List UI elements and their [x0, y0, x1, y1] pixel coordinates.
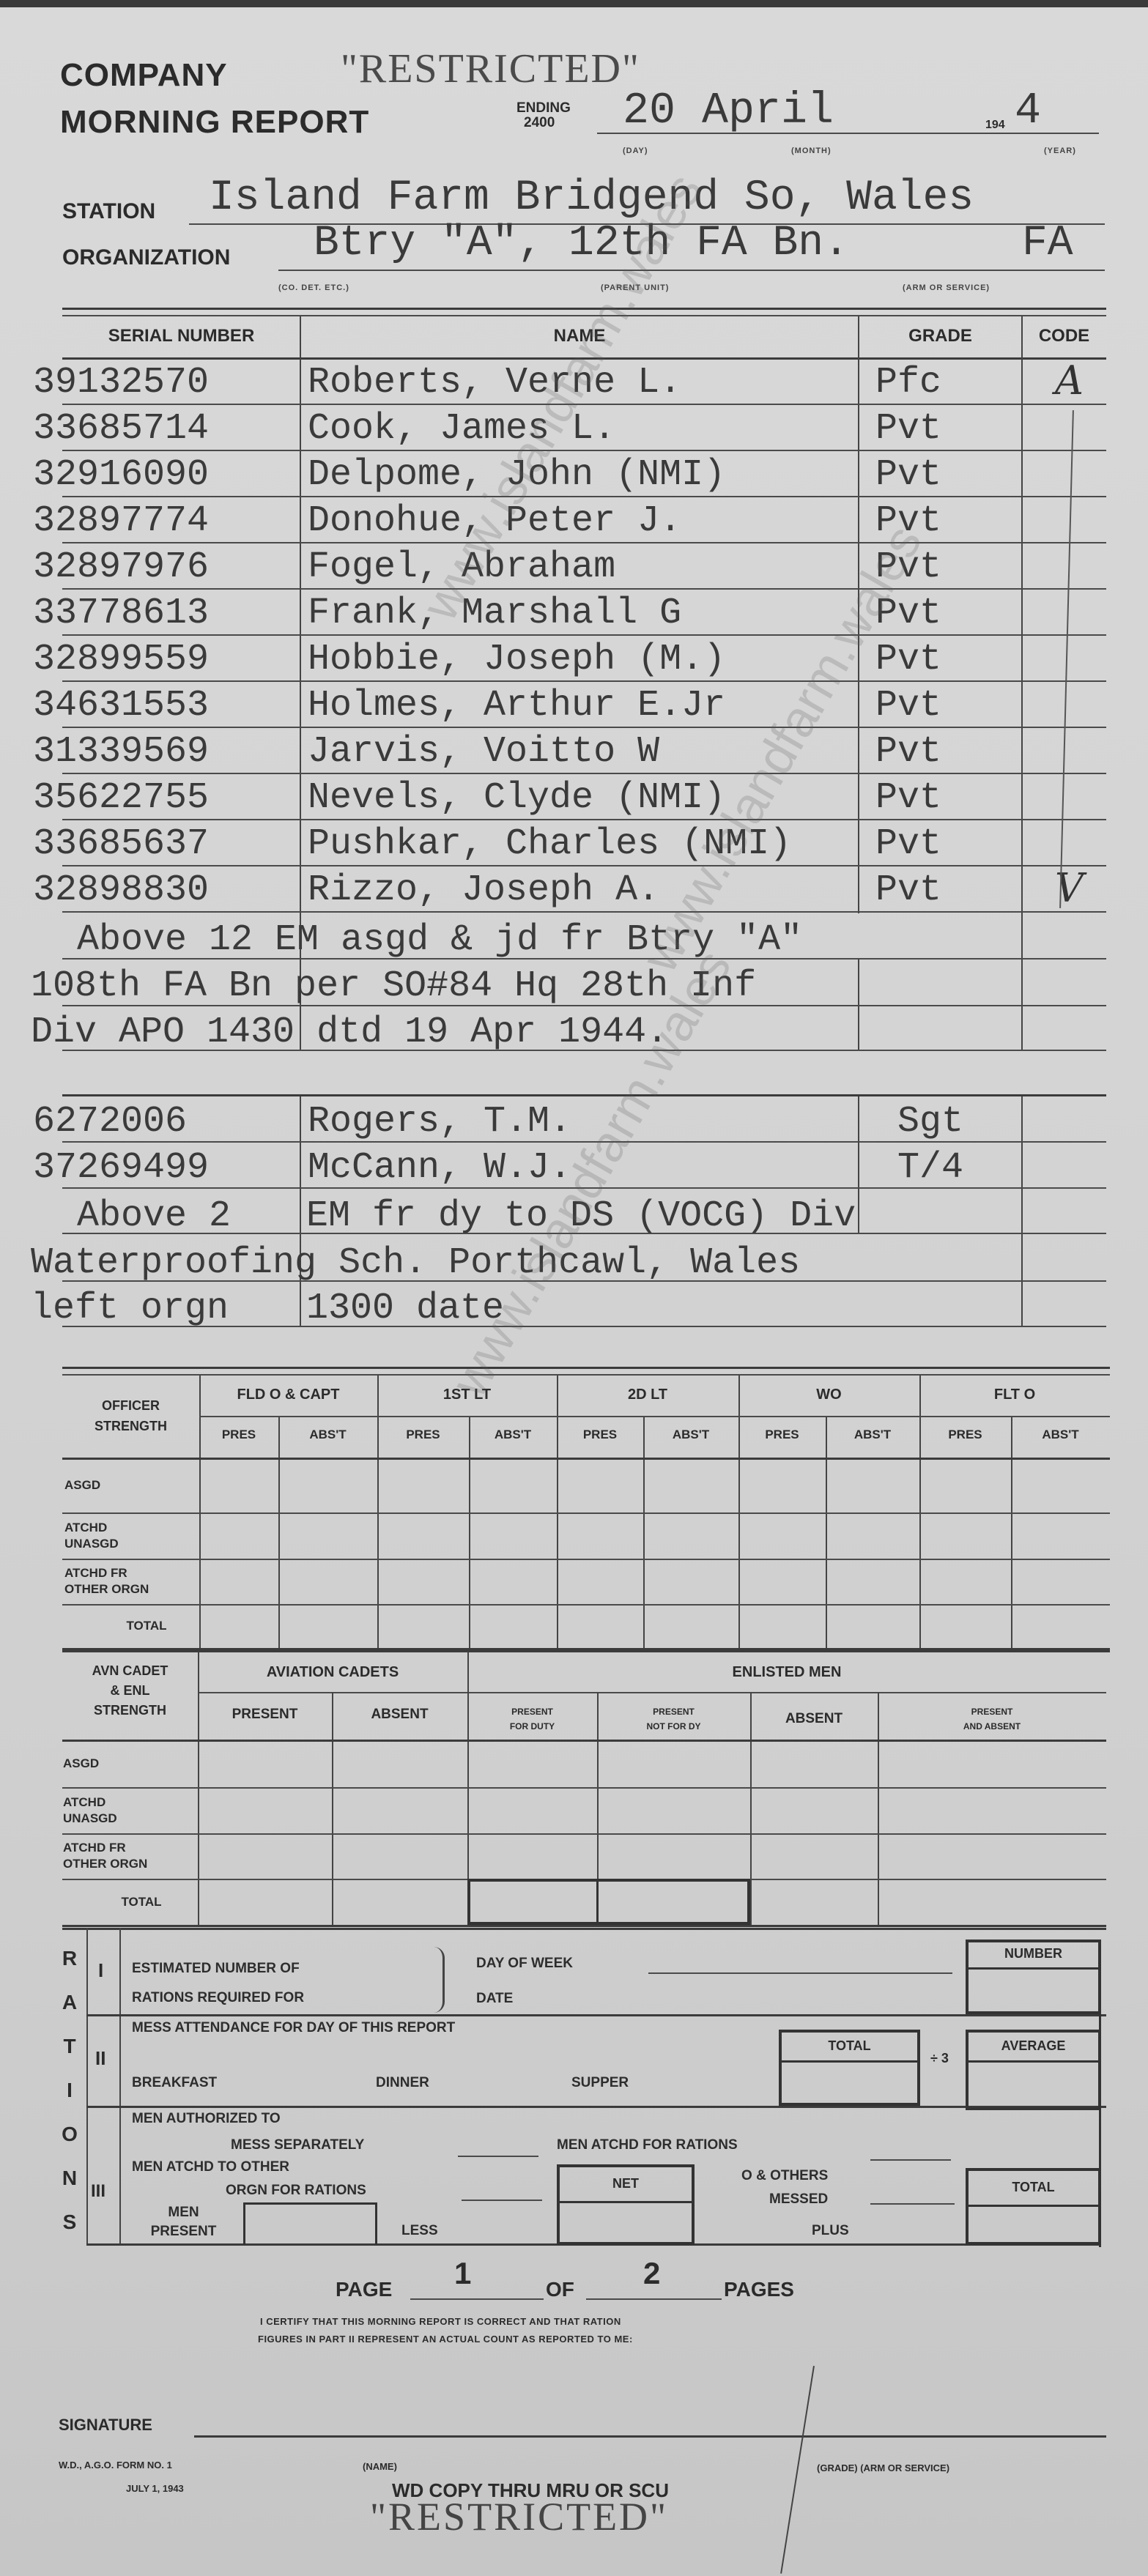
em-col-header-line: AND ABSENT: [878, 1719, 1106, 1734]
men-present-2: PRESENT: [123, 2222, 244, 2241]
rations-side-letter: S: [55, 2211, 84, 2234]
header-split-rule: [198, 1692, 1106, 1693]
grade: Pvt: [875, 500, 941, 542]
officer-count-cell[interactable]: [741, 1460, 823, 1510]
header-grade: GRADE: [859, 326, 1022, 346]
enlisted-count-cell[interactable]: [470, 1836, 595, 1877]
officer-count-cell[interactable]: [645, 1606, 736, 1646]
em-col-header-line: NOT FOR DY: [597, 1719, 750, 1734]
row-label-line: OTHER ORGN: [63, 1856, 198, 1872]
header-name: NAME: [300, 326, 859, 346]
mess-total-label: TOTAL: [782, 2033, 917, 2063]
enlisted-row-label: ATCHD FROTHER ORGN: [63, 1833, 198, 1879]
cadet-col-header: PRESENT: [198, 1707, 332, 1723]
corner-line-2: STRENGTH: [62, 1416, 199, 1436]
enlisted-count-cell[interactable]: [334, 1789, 465, 1831]
form-title-morning-report: MORNING REPORT: [60, 104, 369, 141]
station-label: STATION: [62, 199, 155, 224]
enlisted-count-cell[interactable]: [200, 1836, 330, 1877]
serial-number: 32898830: [33, 869, 209, 911]
row-label-line: UNASGD: [63, 1811, 198, 1827]
sub-label-arm-service: (ARM OR SERVICE): [903, 283, 990, 292]
certify-line-1: I CERTIFY THAT THIS MORNING REPORT IS CO…: [260, 2316, 621, 2327]
enlisted-men-header: ENLISTED MEN: [467, 1664, 1106, 1681]
pages-label: PAGES: [724, 2278, 794, 2301]
year-prefix: 194: [985, 119, 1005, 132]
col-divider-grade: [1021, 316, 1023, 913]
officer-group-header: WO: [738, 1387, 919, 1403]
name-caption: (NAME): [363, 2461, 397, 2472]
form-title-company: COMPANY: [60, 57, 228, 94]
report-date[interactable]: 20 April: [623, 86, 834, 136]
officer-count-cell[interactable]: [741, 1606, 823, 1646]
day-of-week-label: DAY OF WEEK: [476, 1956, 573, 1972]
part2-roman: II: [95, 2047, 105, 2070]
soldier-name: McCann, W.J.: [308, 1147, 571, 1189]
officer-count-cell[interactable]: [201, 1606, 276, 1646]
officer-count-cell[interactable]: [828, 1515, 917, 1556]
col-divider: [469, 1416, 470, 1648]
officer-sub-pres: PRES: [557, 1428, 643, 1442]
officer-sub-pres: PRES: [377, 1428, 469, 1442]
serial-number: 33778613: [33, 593, 209, 634]
em-col-header-line: ABSENT: [750, 1712, 878, 1726]
row-rule: [62, 1925, 1106, 1927]
officer-count-cell[interactable]: [281, 1606, 375, 1646]
row-rule: [62, 450, 1106, 451]
note2-line-1-right: EM fr dy to DS (VOCG) Div: [306, 1195, 856, 1237]
officer-count-cell[interactable]: [922, 1515, 1009, 1556]
enlisted-count-cell[interactable]: [880, 1742, 1104, 1785]
officer-sub-abst: ABS'T: [278, 1428, 377, 1442]
col-divider-name-notes: [858, 958, 859, 1050]
officer-group-header: 1ST LT: [377, 1387, 557, 1403]
rations-letter-divider: [86, 1928, 88, 2245]
row-label-line: OTHER ORGN: [64, 1581, 199, 1597]
corner-line-1: AVN CADET: [62, 1661, 198, 1681]
men-atchd-rations-label: MEN ATCHD FOR RATIONS: [557, 2137, 738, 2153]
row-rule: [62, 496, 1106, 497]
page-total[interactable]: 2: [643, 2256, 660, 2291]
col-divider: [878, 1692, 879, 1925]
corner-line-1: OFFICER: [62, 1395, 199, 1416]
restricted-stamp-bottom: "RESTRICTED": [370, 2494, 668, 2539]
table-top-rule-2: [62, 315, 1106, 316]
divide-by-three: ÷ 3: [930, 2051, 949, 2066]
officer-count-cell[interactable]: [645, 1460, 736, 1510]
rations-side-letter: O: [55, 2123, 84, 2146]
row-label-line: TOTAL: [126, 1618, 166, 1634]
enlisted-count-cell[interactable]: [599, 1789, 748, 1831]
enlisted-count-cell[interactable]: [752, 1881, 875, 1923]
col-divider-serial: [300, 316, 301, 913]
part1-label-2: RATIONS REQUIRED FOR: [132, 1983, 304, 2013]
officer-count-cell[interactable]: [645, 1561, 736, 1602]
officer-group-header: FLT O: [919, 1387, 1110, 1403]
note2-line-3-right: 1300 date: [306, 1288, 504, 1329]
enlisted-count-cell[interactable]: [752, 1789, 875, 1831]
row-rule: [62, 773, 1106, 774]
row-rule: [62, 1187, 1106, 1189]
serial-number: 33685637: [33, 823, 209, 865]
serial-number: 35622755: [33, 777, 209, 819]
corner-line-2: & ENL: [62, 1681, 198, 1701]
col-divider: [278, 1416, 280, 1648]
officer-count-cell[interactable]: [559, 1515, 641, 1556]
number-box-label: NUMBER: [969, 1942, 1098, 1970]
soldier-name: Nevels, Clyde (NMI): [308, 777, 725, 819]
others-messed-1: O & OTHERS: [725, 2164, 828, 2188]
mess-separately-field[interactable]: [458, 2156, 538, 2157]
row-rule: [62, 542, 1106, 543]
average-label: AVERAGE: [969, 2033, 1098, 2063]
page-label: PAGE: [336, 2278, 392, 2301]
officer-count-cell[interactable]: [471, 1460, 555, 1510]
row-label-line: ATCHD FR: [64, 1565, 199, 1581]
part3-total-label: TOTAL: [969, 2171, 1098, 2207]
em-col-header: PRESENTFOR DUTY: [467, 1698, 597, 1740]
day-of-week-field[interactable]: [648, 1972, 952, 1974]
row-rule: [62, 1604, 1110, 1606]
note2-line-3-left: left orgn: [31, 1288, 229, 1329]
scan-top-border: [0, 0, 1148, 7]
serial-number: 32897774: [33, 500, 209, 542]
men-present-box[interactable]: [243, 2202, 377, 2245]
col-divider: [596, 1879, 599, 1925]
ending-label-1: ENDING: [516, 101, 571, 116]
men-atchd-rations-field[interactable]: [870, 2159, 951, 2161]
officer-sub-abst: ABS'T: [643, 1428, 738, 1442]
officer-count-cell[interactable]: [559, 1561, 641, 1602]
part1-label-1: ESTIMATED NUMBER OF: [132, 1954, 304, 1983]
enlisted-count-cell[interactable]: [752, 1742, 875, 1785]
row-rule: [62, 911, 1106, 913]
mess-attendance-title: MESS ATTENDANCE FOR DAY OF THIS REPORT: [132, 2020, 455, 2036]
men-authorized-2: MESS SEPARATELY: [231, 2137, 364, 2153]
rations-side-letter: R: [55, 1947, 84, 1970]
grade: Pvt: [875, 408, 941, 450]
serial-number: 34631553: [33, 685, 209, 727]
ending-label-2: 2400: [516, 116, 571, 130]
officer-top-rule-2: [62, 1374, 1110, 1376]
enlisted-count-cell[interactable]: [752, 1836, 875, 1877]
rations-top-rule: [62, 1928, 1106, 1930]
rations-roman-divider: [119, 1928, 121, 2245]
grade: Sgt: [897, 1101, 963, 1143]
officer-sub-pres: PRES: [199, 1428, 278, 1442]
officer-row-label: ATCHDUNASGD: [64, 1512, 199, 1559]
serial-number: 39132570: [33, 362, 209, 404]
part2-bottom-rule: [86, 2106, 1106, 2108]
officer-count-cell[interactable]: [471, 1515, 555, 1556]
col-divider: [750, 1692, 752, 1925]
officer-count-cell[interactable]: [559, 1460, 641, 1510]
enlisted-count-cell[interactable]: [470, 1881, 595, 1923]
officer-count-cell[interactable]: [828, 1606, 917, 1646]
col-divider: [332, 1692, 333, 1925]
soldier-name: Rizzo, Joseph A.: [308, 869, 659, 911]
officer-count-cell[interactable]: [379, 1460, 467, 1510]
soldier-name: Delpome, John (NMI): [308, 454, 725, 496]
table-top-rule: [62, 308, 1106, 310]
rations-side-letter: I: [55, 2079, 84, 2102]
enlisted-count-cell[interactable]: [470, 1742, 595, 1785]
others-messed-label: O & OTHERS MESSED: [725, 2164, 828, 2211]
sub-label-year: (YEAR): [1044, 146, 1076, 155]
enlisted-count-cell[interactable]: [880, 1789, 1104, 1831]
officer-count-cell[interactable]: [741, 1561, 823, 1602]
part1-brace: [434, 1947, 445, 2013]
men-authorized-1: MEN AUTHORIZED TO: [132, 2111, 281, 2127]
enlisted-top-rule: [62, 1650, 1110, 1652]
note1-line-2: 108th FA Bn per SO#84 Hq 28th Inf: [31, 965, 756, 1007]
enlisted-row-label: ATCHDUNASGD: [63, 1787, 198, 1833]
officer-count-cell[interactable]: [201, 1460, 276, 1510]
officer-count-cell[interactable]: [922, 1606, 1009, 1646]
grade: Pvt: [875, 454, 941, 496]
note1-line-3: Div APO 1430 dtd 19 Apr 1944.: [31, 1012, 668, 1053]
signature-line[interactable]: [194, 2435, 1106, 2438]
enlisted-count-cell[interactable]: [200, 1789, 330, 1831]
col-divider-name-2: [858, 1096, 859, 1233]
grade: Pvt: [875, 869, 941, 911]
row-label-line: ASGD: [64, 1477, 199, 1493]
enlisted-count-cell[interactable]: [880, 1836, 1104, 1877]
grade: Pvt: [875, 685, 941, 727]
of-label: OF: [546, 2278, 574, 2301]
less-label: LESS: [401, 2223, 438, 2239]
men-present-label: MEN PRESENT: [123, 2203, 244, 2241]
row-label-line: ATCHD: [64, 1520, 199, 1536]
soldier-name: Roberts, Verne L.: [308, 362, 681, 404]
morning-report-page: COMPANY MORNING REPORT "RESTRICTED" ENDI…: [0, 0, 1148, 2576]
officer-group-header: 2D LT: [557, 1387, 738, 1403]
officer-count-cell[interactable]: [281, 1561, 375, 1602]
row-rule: [62, 1833, 1106, 1835]
officer-count-cell[interactable]: [1013, 1606, 1108, 1646]
form-number: W.D., A.G.O. FORM NO. 1: [59, 2460, 172, 2471]
code-bracket-stroke: [1059, 410, 1074, 908]
enlisted-count-cell[interactable]: [200, 1742, 330, 1785]
officer-count-cell[interactable]: [922, 1460, 1009, 1510]
plus-label: PLUS: [812, 2223, 849, 2239]
serial-number: 33685714: [33, 408, 209, 450]
row-label-line: TOTAL: [121, 1894, 161, 1910]
serial-number: 37269499: [33, 1147, 209, 1189]
officer-count-cell[interactable]: [379, 1515, 467, 1556]
row-rule: [62, 819, 1106, 820]
officer-group-header: FLD O & CAPT: [199, 1387, 377, 1403]
serial-number: 32899559: [33, 639, 209, 680]
soldier-name: Jarvis, Voitto W: [308, 731, 659, 773]
note2-line-1-left: Above 2: [33, 1195, 231, 1237]
enlisted-count-cell[interactable]: [470, 1789, 595, 1831]
officer-count-cell[interactable]: [1013, 1460, 1108, 1510]
officer-count-cell[interactable]: [379, 1606, 467, 1646]
em-col-header: PRESENTNOT FOR DY: [597, 1698, 750, 1740]
em-col-header: PRESENTAND ABSENT: [878, 1698, 1106, 1740]
second-block-rule: [62, 1094, 1106, 1096]
grade: Pfc: [875, 362, 941, 404]
header-serial: SERIAL NUMBER: [62, 326, 300, 346]
row-rule: [62, 865, 1106, 866]
officer-sub-pres: PRES: [919, 1428, 1011, 1442]
officer-count-cell[interactable]: [201, 1515, 276, 1556]
grade-caption: (GRADE) (ARM OR SERVICE): [817, 2462, 949, 2473]
row-rule: [62, 404, 1106, 405]
soldier-name: Fogel, Abraham: [308, 546, 615, 588]
officer-count-cell[interactable]: [1013, 1515, 1108, 1556]
men-atchd-other-field[interactable]: [462, 2200, 542, 2201]
officer-count-cell[interactable]: [471, 1606, 555, 1646]
page-total-line: [586, 2298, 722, 2300]
dinner-label: DINNER: [376, 2075, 429, 2091]
em-col-header-line: PRESENT: [467, 1704, 597, 1719]
enlisted-count-cell[interactable]: [599, 1742, 748, 1785]
note1-line-1: Above 12 EM asgd & jd fr Btry "A": [33, 919, 802, 961]
enlisted-count-cell[interactable]: [599, 1836, 748, 1877]
arm-value[interactable]: FA: [1022, 220, 1073, 267]
officer-count-cell[interactable]: [281, 1460, 375, 1510]
officer-row-label: ASGD: [64, 1458, 199, 1512]
serial-number: 6272006: [33, 1101, 187, 1143]
enlisted-strength-corner: AVN CADET & ENL STRENGTH: [62, 1661, 198, 1721]
col-divider: [643, 1416, 645, 1648]
mess-total-box[interactable]: TOTAL: [779, 2030, 920, 2106]
header-split-rule: [199, 1416, 1110, 1417]
rations-side-letter: T: [55, 2035, 84, 2058]
row-label-line: ASGD: [63, 1756, 198, 1772]
header-bottom-rule: [62, 357, 1106, 360]
grade: Pvt: [875, 639, 941, 680]
grade: Pvt: [875, 731, 941, 773]
enlisted-count-cell[interactable]: [334, 1881, 465, 1923]
enlisted-count-cell[interactable]: [334, 1836, 465, 1877]
grade: Pvt: [875, 823, 941, 865]
em-col-header-line: FOR DUTY: [467, 1719, 597, 1734]
others-messed-2: MESSED: [725, 2188, 828, 2211]
restricted-stamp-top: "RESTRICTED": [341, 45, 640, 92]
net-label: NET: [560, 2167, 692, 2203]
grade: Pvt: [875, 777, 941, 819]
row-rule: [62, 1559, 1110, 1560]
officer-count-cell[interactable]: [645, 1515, 736, 1556]
page-number[interactable]: 1: [454, 2256, 471, 2291]
row-label-line: ATCHD: [63, 1794, 198, 1811]
organization-underline: [278, 270, 1105, 271]
col-divider: [826, 1416, 827, 1648]
signature-label: SIGNATURE: [59, 2416, 152, 2435]
men-present-1: MEN: [123, 2203, 244, 2222]
soldier-name: Pushkar, Charles (NMI): [308, 823, 791, 865]
enlisted-count-cell[interactable]: [599, 1881, 748, 1923]
rations-side-letter: N: [55, 2167, 84, 2190]
row-rule: [62, 588, 1106, 590]
number-box[interactable]: NUMBER: [966, 1940, 1101, 2014]
aviation-cadets-header: AVIATION CADETS: [198, 1664, 467, 1681]
soldier-name: Rogers, T.M.: [308, 1101, 571, 1143]
page-number-line: [410, 2298, 544, 2300]
officer-count-cell[interactable]: [922, 1561, 1009, 1602]
ending-label: ENDING 2400: [516, 101, 571, 130]
serial-number: 32897976: [33, 546, 209, 588]
em-col-header-line: PRESENT: [597, 1704, 750, 1719]
officer-sub-abst: ABS'T: [469, 1428, 557, 1442]
row-rule: [62, 1787, 1106, 1789]
form-date: JULY 1, 1943: [126, 2483, 184, 2494]
row-rule: [62, 680, 1106, 682]
col-divider-grade-notes: [1021, 913, 1023, 1050]
sub-label-month: (MONTH): [791, 146, 832, 155]
date-label: DATE: [476, 1991, 513, 2007]
men-atchd-other-1: MEN ATCHD TO OTHER: [132, 2159, 289, 2175]
enlisted-count-cell[interactable]: [200, 1881, 330, 1923]
col-divider: [1011, 1416, 1012, 1648]
note2-line-2: Waterproofing Sch. Porthcawl, Wales: [31, 1242, 800, 1284]
serial-number: 32916090: [33, 454, 209, 496]
organization-label: ORGANIZATION: [62, 245, 230, 270]
col-divider-name: [858, 316, 859, 913]
grade: T/4: [897, 1147, 963, 1189]
sub-label-day: (DAY): [623, 146, 648, 155]
officer-count-cell[interactable]: [1013, 1561, 1108, 1602]
soldier-name: Frank, Marshall G: [308, 593, 681, 634]
row-label-line: ATCHD FR: [63, 1840, 198, 1856]
enlisted-row-label: TOTAL: [63, 1879, 198, 1925]
officer-count-cell[interactable]: [741, 1515, 823, 1556]
rations-side-letter: A: [55, 1991, 84, 2014]
officer-count-cell[interactable]: [379, 1561, 467, 1602]
soldier-name: Cook, James L.: [308, 408, 615, 450]
pen-stroke: [780, 2366, 815, 2574]
others-messed-field[interactable]: [870, 2203, 955, 2205]
enlisted-count-cell[interactable]: [880, 1881, 1104, 1923]
enlisted-row-label: ASGD: [63, 1740, 198, 1787]
row-rule: [62, 727, 1106, 728]
soldier-name: Donohue, Peter J.: [308, 500, 681, 542]
officer-count-cell[interactable]: [828, 1460, 917, 1510]
soldier-name: Hobbie, Joseph (M.): [308, 639, 725, 680]
report-year-digit[interactable]: 4: [1015, 86, 1041, 136]
sub-label-co-det: (CO. DET. ETC.): [278, 283, 349, 292]
officer-count-cell[interactable]: [828, 1561, 917, 1602]
certify-line-2: FIGURES IN PART II REPRESENT AN ACTUAL C…: [258, 2334, 633, 2345]
station-value[interactable]: Island Farm Bridgend So, Wales: [209, 174, 974, 222]
officer-count-cell[interactable]: [201, 1561, 276, 1602]
officer-count-cell[interactable]: [559, 1606, 641, 1646]
row-rule: [62, 634, 1106, 636]
enlisted-count-cell[interactable]: [334, 1742, 465, 1785]
grade: Pvt: [875, 593, 941, 634]
corner-line-3: STRENGTH: [62, 1701, 198, 1721]
officer-count-cell[interactable]: [281, 1515, 375, 1556]
net-box[interactable]: NET: [557, 2164, 695, 2245]
officer-count-cell[interactable]: [471, 1561, 555, 1602]
officer-strength-corner: OFFICER STRENGTH: [62, 1395, 199, 1436]
em-col-header: ABSENT: [750, 1698, 878, 1740]
sub-label-parent-unit: (PARENT UNIT): [601, 283, 669, 292]
row-label-line: UNASGD: [64, 1536, 199, 1552]
row-rule: [62, 1141, 1106, 1143]
code-mark: A: [1055, 357, 1084, 404]
cadet-col-header: ABSENT: [332, 1707, 467, 1723]
col-divider-serial-2: [300, 1096, 301, 1326]
part3-total-box[interactable]: TOTAL: [966, 2168, 1101, 2245]
grade: Pvt: [875, 546, 941, 588]
organization-value[interactable]: Btry "A", 12th FA Bn.: [314, 220, 849, 267]
average-box[interactable]: AVERAGE: [966, 2030, 1101, 2110]
row-rule: [62, 1512, 1110, 1514]
